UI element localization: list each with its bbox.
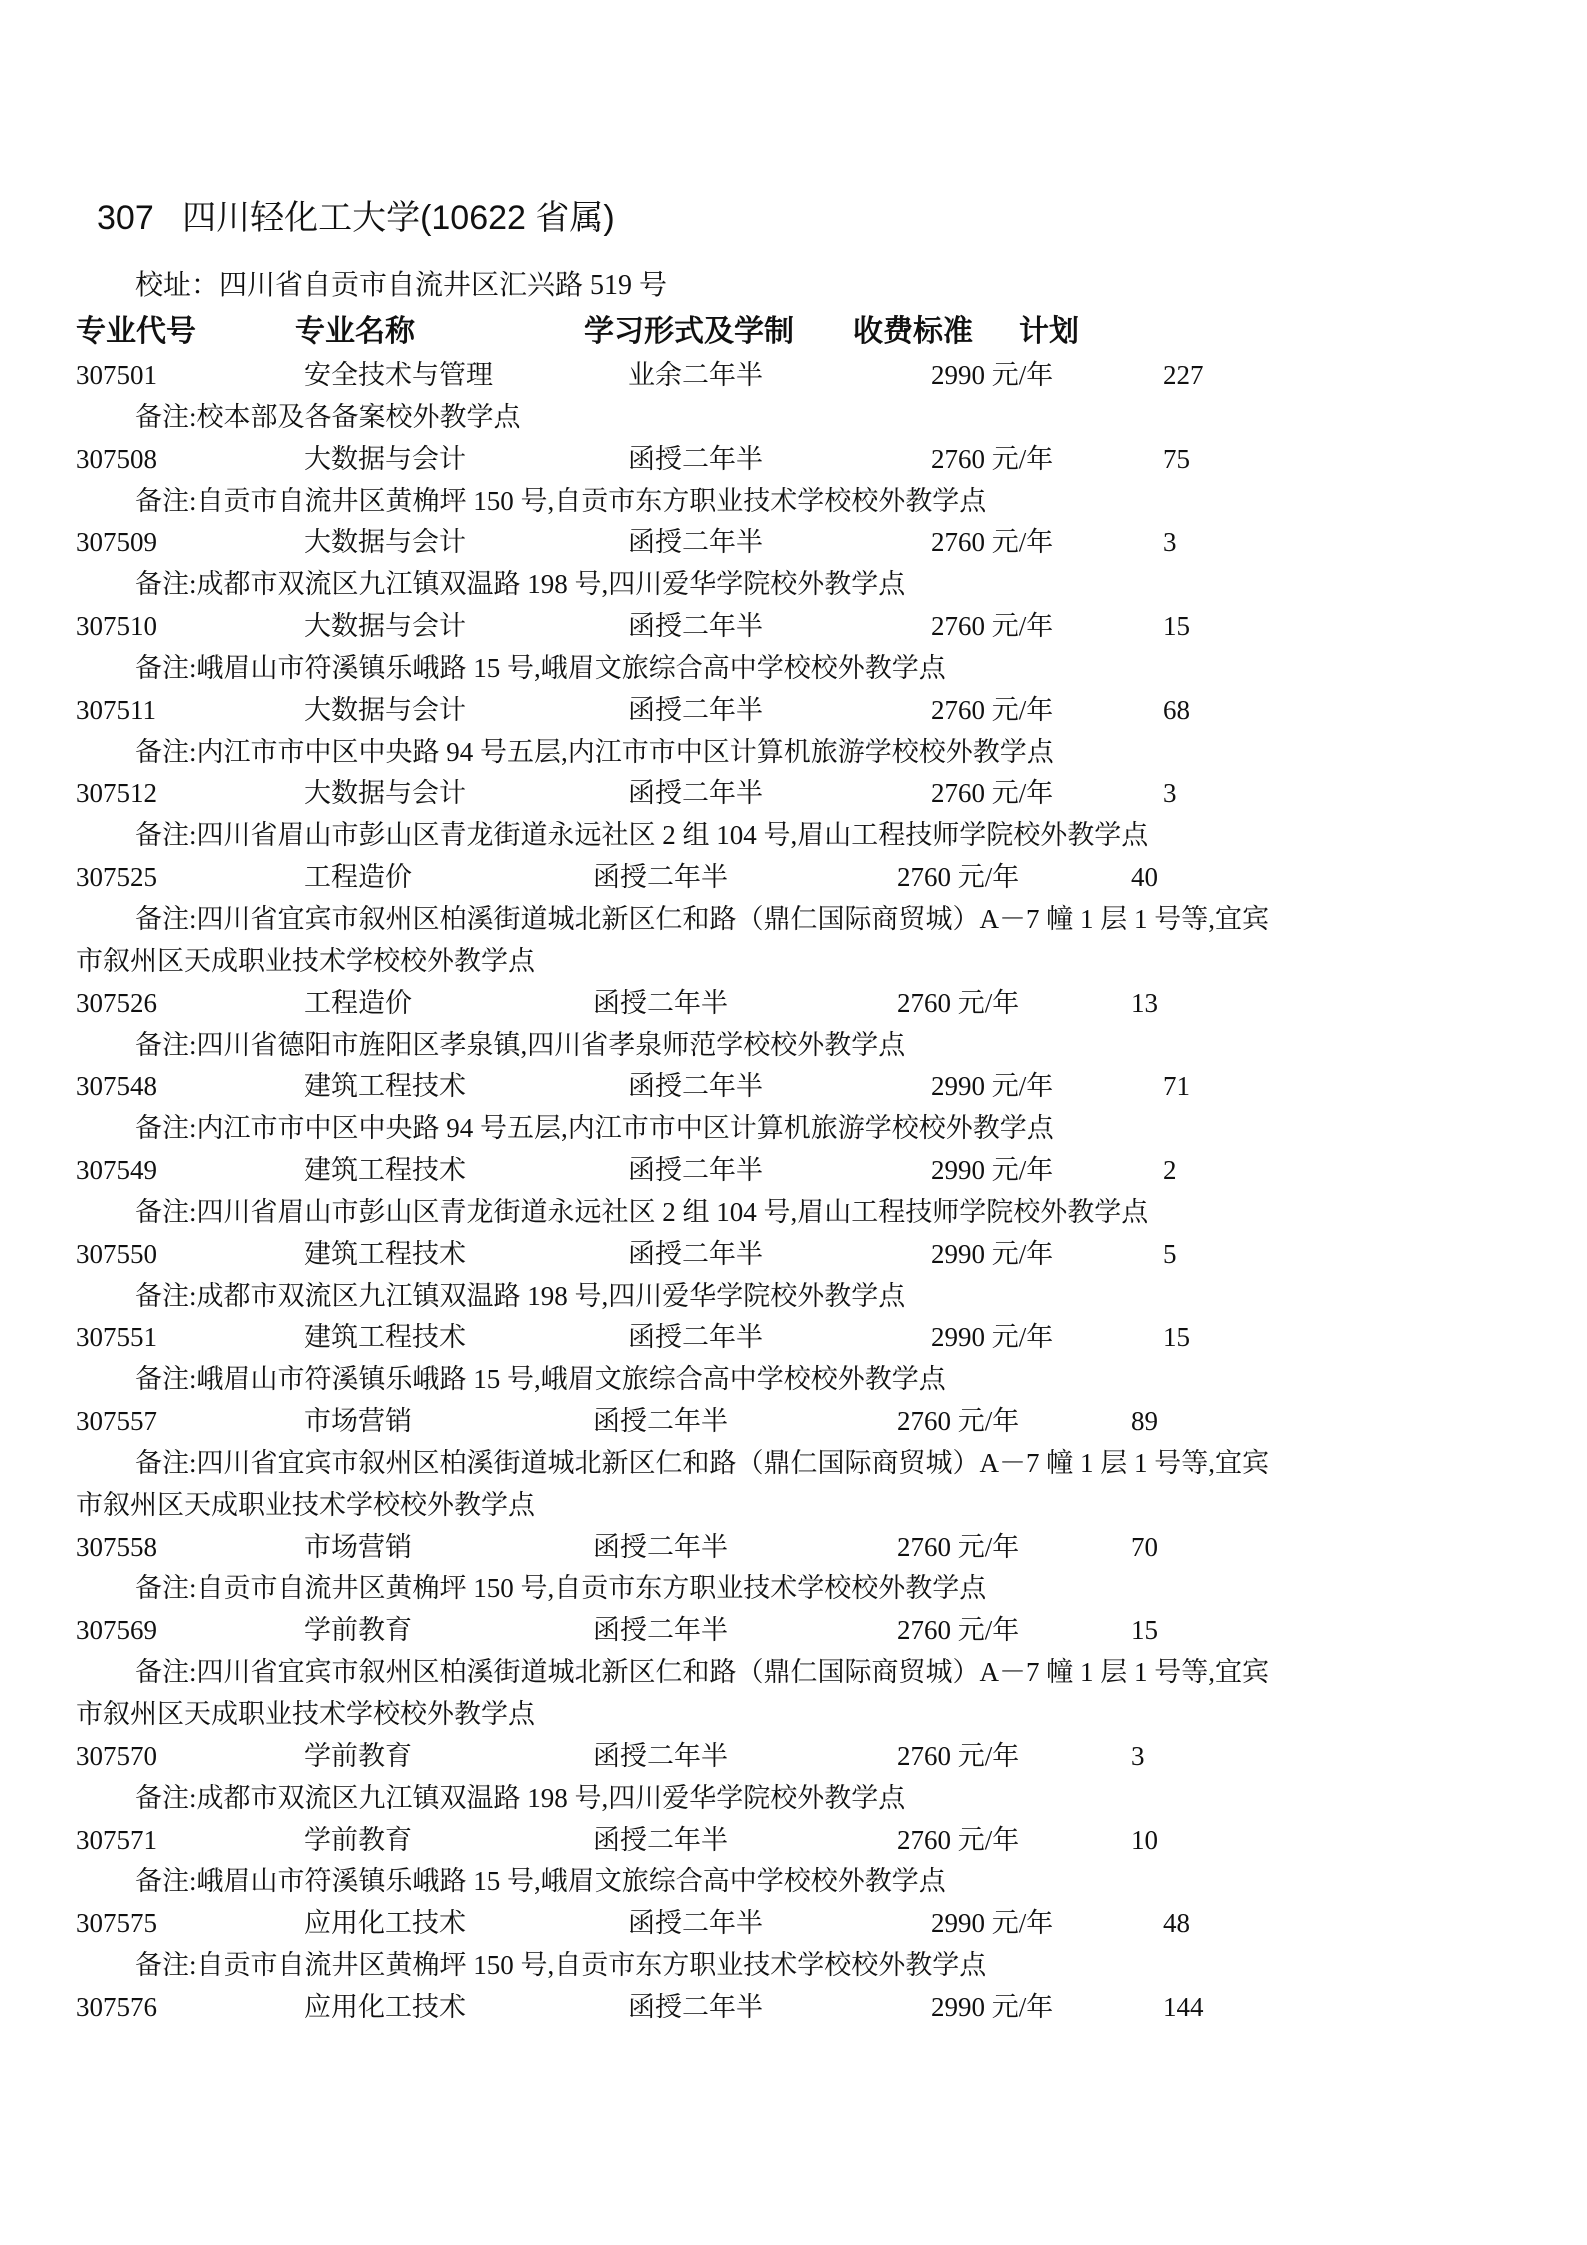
enrollment-plan: 10 <box>1131 1820 1158 1862</box>
program-name: 应用化工技术 <box>304 1903 466 1945</box>
tuition-fee: 2760 元/年 <box>897 1610 1019 1652</box>
enrollment-plan: 40 <box>1131 857 1158 899</box>
table-row: 307510大数据与会计函授二年半2760 元/年15 <box>76 606 1496 648</box>
row-note-continuation: 市叙州区天成职业技术学校校外教学点 <box>76 941 1496 983</box>
program-name: 市场营销 <box>304 1527 412 1569</box>
table-row: 307557市场营销函授二年半2760 元/年89 <box>76 1401 1496 1443</box>
program-name: 大数据与会计 <box>304 773 466 815</box>
program-code: 307557 <box>76 1401 157 1443</box>
tuition-fee: 2760 元/年 <box>897 1527 1019 1569</box>
column-header-row: 专业代号 专业名称 学习形式及学制 收费标准 计划 <box>76 310 1496 354</box>
tuition-fee: 2760 元/年 <box>931 439 1053 481</box>
tuition-fee: 2990 元/年 <box>931 1987 1053 2029</box>
table-row: 307571学前教育函授二年半2760 元/年10 <box>76 1820 1496 1862</box>
program-code: 307549 <box>76 1150 157 1192</box>
study-form: 函授二年半 <box>628 1066 763 1108</box>
program-code: 307551 <box>76 1317 157 1359</box>
program-name: 工程造价 <box>304 983 412 1025</box>
study-form: 函授二年半 <box>628 1150 763 1192</box>
tuition-fee: 2760 元/年 <box>897 1401 1019 1443</box>
program-code: 307509 <box>76 522 157 564</box>
study-form: 函授二年半 <box>628 606 763 648</box>
program-name: 学前教育 <box>304 1610 412 1652</box>
column-header-fee: 收费标准 <box>853 310 973 354</box>
program-code: 307525 <box>76 857 157 899</box>
row-note: 备注:四川省宜宾市叙州区柏溪街道城北新区仁和路（鼎仁国际商贸城）A－7 幢 1 … <box>76 1443 1496 1485</box>
program-code: 307550 <box>76 1234 157 1276</box>
program-name: 建筑工程技术 <box>304 1066 466 1108</box>
program-name: 学前教育 <box>304 1736 412 1778</box>
row-note-continuation: 市叙州区天成职业技术学校校外教学点 <box>76 1694 1496 1736</box>
study-form: 函授二年半 <box>628 439 763 481</box>
document-page: 307 四川轻化工大学(10622 省属) 校址：四川省自贡市自流井区汇兴路 5… <box>0 0 1587 2245</box>
program-code: 307576 <box>76 1987 157 2029</box>
tuition-fee: 2760 元/年 <box>897 1820 1019 1862</box>
table-row: 307501安全技术与管理业余二年半2990 元/年227 <box>76 355 1496 397</box>
row-note: 备注:四川省宜宾市叙州区柏溪街道城北新区仁和路（鼎仁国际商贸城）A－7 幢 1 … <box>76 899 1496 941</box>
tuition-fee: 2760 元/年 <box>931 690 1053 732</box>
enrollment-plan: 3 <box>1163 773 1177 815</box>
table-row: 307526工程造价函授二年半2760 元/年13 <box>76 983 1496 1025</box>
study-form: 函授二年半 <box>628 690 763 732</box>
study-form: 函授二年半 <box>628 1317 763 1359</box>
table-row: 307511大数据与会计函授二年半2760 元/年68 <box>76 690 1496 732</box>
row-note: 备注:内江市市中区中央路 94 号五层,内江市市中区计算机旅游学校校外教学点 <box>76 1108 1496 1150</box>
row-note: 备注:四川省德阳市旌阳区孝泉镇,四川省孝泉师范学校校外教学点 <box>76 1025 1496 1067</box>
enrollment-plan: 70 <box>1131 1527 1158 1569</box>
row-note: 备注:成都市双流区九江镇双温路 198 号,四川爱华学院校外教学点 <box>76 1276 1496 1318</box>
table-row: 307558市场营销函授二年半2760 元/年70 <box>76 1527 1496 1569</box>
study-form: 函授二年半 <box>628 1903 763 1945</box>
study-form: 函授二年半 <box>593 857 728 899</box>
program-name: 建筑工程技术 <box>304 1317 466 1359</box>
study-form: 函授二年半 <box>628 1234 763 1276</box>
row-note: 备注:峨眉山市符溪镇乐峨路 15 号,峨眉文旅综合高中学校校外教学点 <box>76 1861 1496 1903</box>
program-code: 307511 <box>76 690 156 732</box>
tuition-fee: 2760 元/年 <box>931 773 1053 815</box>
program-code: 307501 <box>76 355 157 397</box>
enrollment-plan: 75 <box>1163 439 1190 481</box>
program-list: 307501安全技术与管理业余二年半2990 元/年227备注:校本部及各备案校… <box>76 355 1496 2029</box>
tuition-fee: 2990 元/年 <box>931 1317 1053 1359</box>
tuition-fee: 2990 元/年 <box>931 1234 1053 1276</box>
table-row: 307570学前教育函授二年半2760 元/年3 <box>76 1736 1496 1778</box>
program-name: 应用化工技术 <box>304 1987 466 2029</box>
enrollment-plan: 5 <box>1163 1234 1177 1276</box>
study-form: 函授二年半 <box>593 1736 728 1778</box>
enrollment-plan: 71 <box>1163 1066 1190 1108</box>
enrollment-plan: 3 <box>1163 522 1177 564</box>
enrollment-plan: 227 <box>1163 355 1204 397</box>
column-header-form: 学习形式及学制 <box>584 310 794 354</box>
program-code: 307569 <box>76 1610 157 1652</box>
tuition-fee: 2760 元/年 <box>897 983 1019 1025</box>
column-header-name: 专业名称 <box>295 310 415 354</box>
table-row: 307509大数据与会计函授二年半2760 元/年3 <box>76 522 1496 564</box>
enrollment-plan: 89 <box>1131 1401 1158 1443</box>
program-name: 学前教育 <box>304 1820 412 1862</box>
column-header-plan: 计划 <box>1019 310 1079 354</box>
study-form: 函授二年半 <box>593 1401 728 1443</box>
program-name: 安全技术与管理 <box>304 355 493 397</box>
row-note: 备注:峨眉山市符溪镇乐峨路 15 号,峨眉文旅综合高中学校校外教学点 <box>76 1359 1496 1401</box>
program-name: 大数据与会计 <box>304 439 466 481</box>
column-header-code: 专业代号 <box>76 310 196 354</box>
table-row: 307549建筑工程技术函授二年半2990 元/年2 <box>76 1150 1496 1192</box>
table-row: 307551建筑工程技术函授二年半2990 元/年15 <box>76 1317 1496 1359</box>
study-form: 函授二年半 <box>593 1820 728 1862</box>
table-row: 307508大数据与会计函授二年半2760 元/年75 <box>76 439 1496 481</box>
enrollment-plan: 68 <box>1163 690 1190 732</box>
tuition-fee: 2990 元/年 <box>931 1150 1053 1192</box>
enrollment-plan: 13 <box>1131 983 1158 1025</box>
program-code: 307570 <box>76 1736 157 1778</box>
program-code: 307508 <box>76 439 157 481</box>
program-name: 建筑工程技术 <box>304 1234 466 1276</box>
tuition-fee: 2990 元/年 <box>931 1066 1053 1108</box>
program-code: 307548 <box>76 1066 157 1108</box>
program-code: 307526 <box>76 983 157 1025</box>
enrollment-plan: 15 <box>1131 1610 1158 1652</box>
enrollment-plan: 2 <box>1163 1150 1177 1192</box>
row-note: 备注:四川省眉山市彭山区青龙街道永远社区 2 组 104 号,眉山工程技师学院校… <box>76 1192 1496 1234</box>
row-note: 备注:四川省眉山市彭山区青龙街道永远社区 2 组 104 号,眉山工程技师学院校… <box>76 815 1496 857</box>
table-row: 307512大数据与会计函授二年半2760 元/年3 <box>76 773 1496 815</box>
study-form: 函授二年半 <box>628 1987 763 2029</box>
study-form: 函授二年半 <box>628 773 763 815</box>
row-note: 备注:自贡市自流井区黄桷坪 150 号,自贡市东方职业技术学校校外教学点 <box>76 1568 1496 1610</box>
program-code: 307510 <box>76 606 157 648</box>
row-note: 备注:内江市市中区中央路 94 号五层,内江市市中区计算机旅游学校校外教学点 <box>76 732 1496 774</box>
row-note-continuation: 市叙州区天成职业技术学校校外教学点 <box>76 1485 1496 1527</box>
program-code: 307575 <box>76 1903 157 1945</box>
enrollment-plan: 15 <box>1163 1317 1190 1359</box>
program-name: 市场营销 <box>304 1401 412 1443</box>
tuition-fee: 2760 元/年 <box>897 857 1019 899</box>
row-note: 备注:成都市双流区九江镇双温路 198 号,四川爱华学院校外教学点 <box>76 564 1496 606</box>
program-name: 工程造价 <box>304 857 412 899</box>
row-note: 备注:峨眉山市符溪镇乐峨路 15 号,峨眉文旅综合高中学校校外教学点 <box>76 648 1496 690</box>
university-title: 307 四川轻化工大学(10622 省属) <box>97 196 615 240</box>
tuition-fee: 2760 元/年 <box>897 1736 1019 1778</box>
program-name: 大数据与会计 <box>304 690 466 732</box>
program-name: 大数据与会计 <box>304 522 466 564</box>
study-form: 函授二年半 <box>593 1527 728 1569</box>
tuition-fee: 2990 元/年 <box>931 355 1053 397</box>
study-form: 业余二年半 <box>628 355 763 397</box>
tuition-fee: 2990 元/年 <box>931 1903 1053 1945</box>
table-row: 307525工程造价函授二年半2760 元/年40 <box>76 857 1496 899</box>
row-note: 备注:自贡市自流井区黄桷坪 150 号,自贡市东方职业技术学校校外教学点 <box>76 481 1496 523</box>
enrollment-plan: 144 <box>1163 1987 1204 2029</box>
table-row: 307575应用化工技术函授二年半2990 元/年48 <box>76 1903 1496 1945</box>
program-code: 307558 <box>76 1527 157 1569</box>
tuition-fee: 2760 元/年 <box>931 606 1053 648</box>
enrollment-plan: 48 <box>1163 1903 1190 1945</box>
tuition-fee: 2760 元/年 <box>931 522 1053 564</box>
row-note: 备注:校本部及各备案校外教学点 <box>76 397 1496 439</box>
study-form: 函授二年半 <box>593 1610 728 1652</box>
enrollment-plan: 15 <box>1163 606 1190 648</box>
program-name: 大数据与会计 <box>304 606 466 648</box>
row-note: 备注:成都市双流区九江镇双温路 198 号,四川爱华学院校外教学点 <box>76 1778 1496 1820</box>
campus-address: 校址：四川省自贡市自流井区汇兴路 519 号 <box>135 266 667 306</box>
program-name: 建筑工程技术 <box>304 1150 466 1192</box>
table-row: 307548建筑工程技术函授二年半2990 元/年71 <box>76 1066 1496 1108</box>
enrollment-plan: 3 <box>1131 1736 1145 1778</box>
study-form: 函授二年半 <box>593 983 728 1025</box>
study-form: 函授二年半 <box>628 522 763 564</box>
row-note: 备注:四川省宜宾市叙州区柏溪街道城北新区仁和路（鼎仁国际商贸城）A－7 幢 1 … <box>76 1652 1496 1694</box>
program-code: 307571 <box>76 1820 157 1862</box>
table-row: 307550建筑工程技术函授二年半2990 元/年5 <box>76 1234 1496 1276</box>
row-note: 备注:自贡市自流井区黄桷坪 150 号,自贡市东方职业技术学校校外教学点 <box>76 1945 1496 1987</box>
table-row: 307576应用化工技术函授二年半2990 元/年144 <box>76 1987 1496 2029</box>
program-code: 307512 <box>76 773 157 815</box>
table-row: 307569学前教育函授二年半2760 元/年15 <box>76 1610 1496 1652</box>
